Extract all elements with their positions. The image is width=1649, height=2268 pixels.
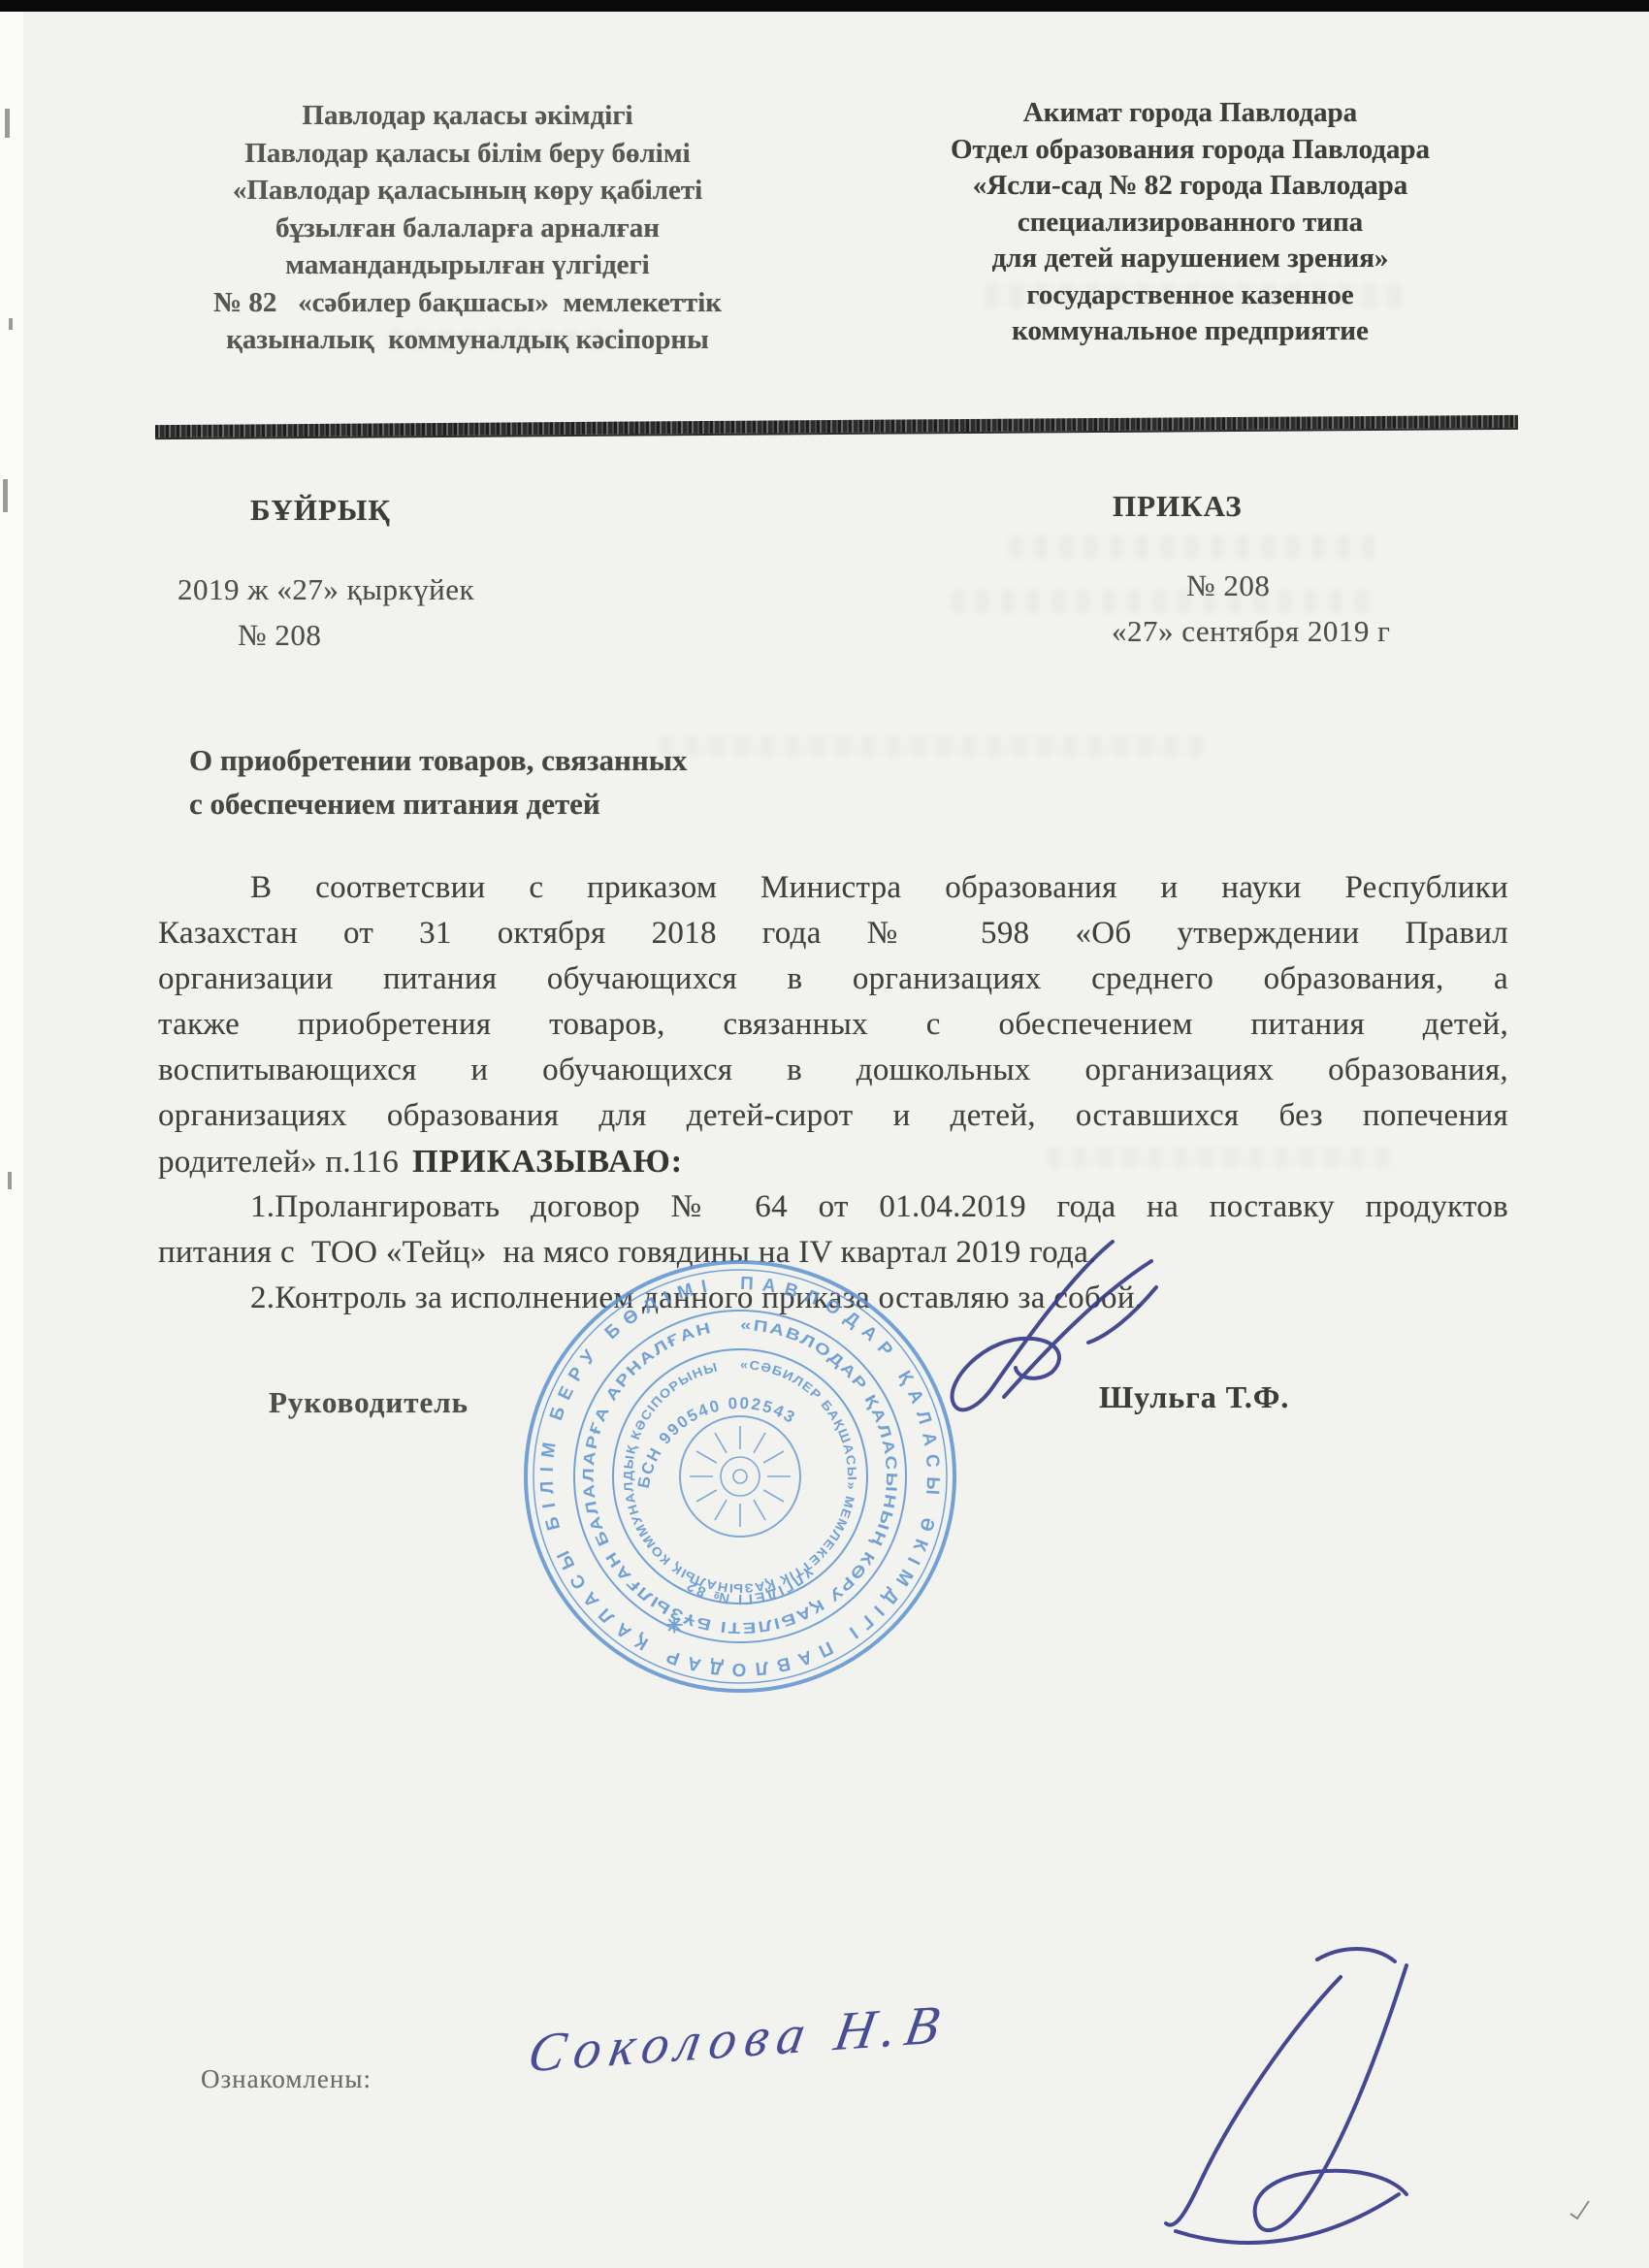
resolve-keyword: ПРИКАЗЫВАЮ: [412, 1144, 683, 1180]
signer-role: Руководитель [269, 1385, 469, 1420]
scanned-order-document: { "colors": { "paper": "#f2f3ee", "ink":… [0, 0, 1649, 2268]
body-line: В соответсвии с приказом Министра образо… [158, 870, 1508, 916]
org-header-line: «Павлодар қаласының көру қабілеті [147, 172, 788, 210]
body-line: также приобретения товаров, связанных с … [158, 1007, 1508, 1053]
order-date-ru: «27» сентября 2019 г [1112, 614, 1390, 649]
org-header-line: Отдел образования города Павлодара [856, 132, 1525, 169]
scan-mark [9, 318, 13, 330]
acknowledged-signature-name: Соколова Н.В [524, 1993, 953, 2085]
org-header-line: бұзылған балаларға арналған [147, 210, 788, 247]
org-header-ru: Акимат города Павлодара Отдел образовани… [856, 95, 1525, 350]
scan-mark [5, 109, 10, 138]
scan-smudge [1009, 535, 1377, 559]
subject-line-1: О приобретении товаров, связанных [189, 743, 687, 778]
org-header-line: коммунальное предприятие [856, 313, 1525, 350]
body-line: воспитывающихся и обучающихся в дошкольн… [158, 1053, 1508, 1098]
org-header-line: Павлодар қаласы білім беру бөлімі [147, 135, 788, 173]
svg-text:«СӘБИЛЕР БАҚШАСЫ» МЕМЛЕКЕТТІК: «СӘБИЛЕР БАҚШАСЫ» МЕМЛЕКЕТТІК ҚАЗЫНАЛЫҚ … [621, 1357, 859, 1596]
scan-mark [1568, 2198, 1593, 2223]
order-number-ru: № 208 [1186, 568, 1270, 603]
org-header-line: Акимат города Павлодара [856, 95, 1525, 132]
separator-rule [155, 415, 1518, 439]
stamp-ring-inner-text: «СӘБИЛЕР БАҚШАСЫ» МЕМЛЕКЕТТІК ҚАЗЫНАЛЫҚ … [621, 1357, 859, 1596]
scan-left-edge [0, 12, 23, 2268]
scan-mark [8, 1172, 12, 1189]
order-date-kk: 2019 ж «27» қыркүйек [178, 572, 474, 607]
official-round-stamp: ПАВЛОДАР ҚАЛАСЫ ӘКІМДІГІ ПАВЛОДАР ҚАЛАСЫ… [512, 1248, 968, 1704]
scan-mark [3, 479, 8, 512]
org-header-line: для детей нарушением зрения» [856, 241, 1525, 277]
order-title-ru: ПРИКАЗ [1113, 489, 1243, 524]
stamp-ring-outer-text: ПАВЛОДАР ҚАЛАСЫ ӘКІМДІГІ ПАВЛОДАР ҚАЛАСЫ… [537, 1274, 943, 1679]
org-header-kk: Павлодар қаласы әкімдігі Павлодар қаласы… [147, 97, 788, 359]
order-title-kk: БҰЙРЫҚ [250, 493, 391, 528]
scan-smudge [951, 590, 1377, 613]
scan-smudge [660, 735, 1203, 757]
org-header-line: мамандандырылған үлгідегі [147, 246, 788, 284]
org-header-line: қазыналық коммуналдық кәсіпорны [147, 321, 788, 359]
subject-line-2: с обеспечением питания детей [189, 787, 600, 822]
svg-text:ПАВЛОДАР ҚАЛАСЫ ӘКІМДІГІ ПАВЛО: ПАВЛОДАР ҚАЛАСЫ ӘКІМДІГІ ПАВЛОДАР ҚАЛАСЫ… [537, 1274, 943, 1679]
org-header-line: «Ясли-сад № 82 города Павлодара [856, 168, 1525, 205]
body-paragraph-tail: родителей» п.116 [158, 1145, 399, 1180]
scan-top-edge [0, 0, 1649, 12]
acknowledged-signature-flourish [1086, 1940, 1494, 2260]
body-line: Казахстан от 31 октября 2018 года № 598 … [158, 916, 1508, 961]
org-header-line: специализированного типа [856, 205, 1525, 242]
stamp-emblem-icon [680, 1416, 800, 1537]
org-header-line: государственное казенное [856, 277, 1525, 314]
org-header-line: № 82 «сәбилер бақшасы» мемлекеттік [147, 284, 788, 322]
acknowledged-label: Ознакомлены: [201, 2064, 372, 2094]
order-number-kk: № 208 [238, 618, 321, 653]
org-header-line: Павлодар қаласы әкімдігі [147, 97, 788, 135]
director-signature [907, 1234, 1217, 1438]
stamp-star-icon: ✳ [665, 1613, 683, 1637]
body-line: родителей» п.116ПРИКАЗЫВАЮ: [158, 1144, 1508, 1189]
order-item-1-line-1: 1.Пролангировать договор № 64 от 01.04.2… [158, 1189, 1508, 1235]
body-line: организации питания обучающихся в органи… [158, 961, 1508, 1007]
body-line: организациях образования для детей-сирот… [158, 1098, 1508, 1144]
